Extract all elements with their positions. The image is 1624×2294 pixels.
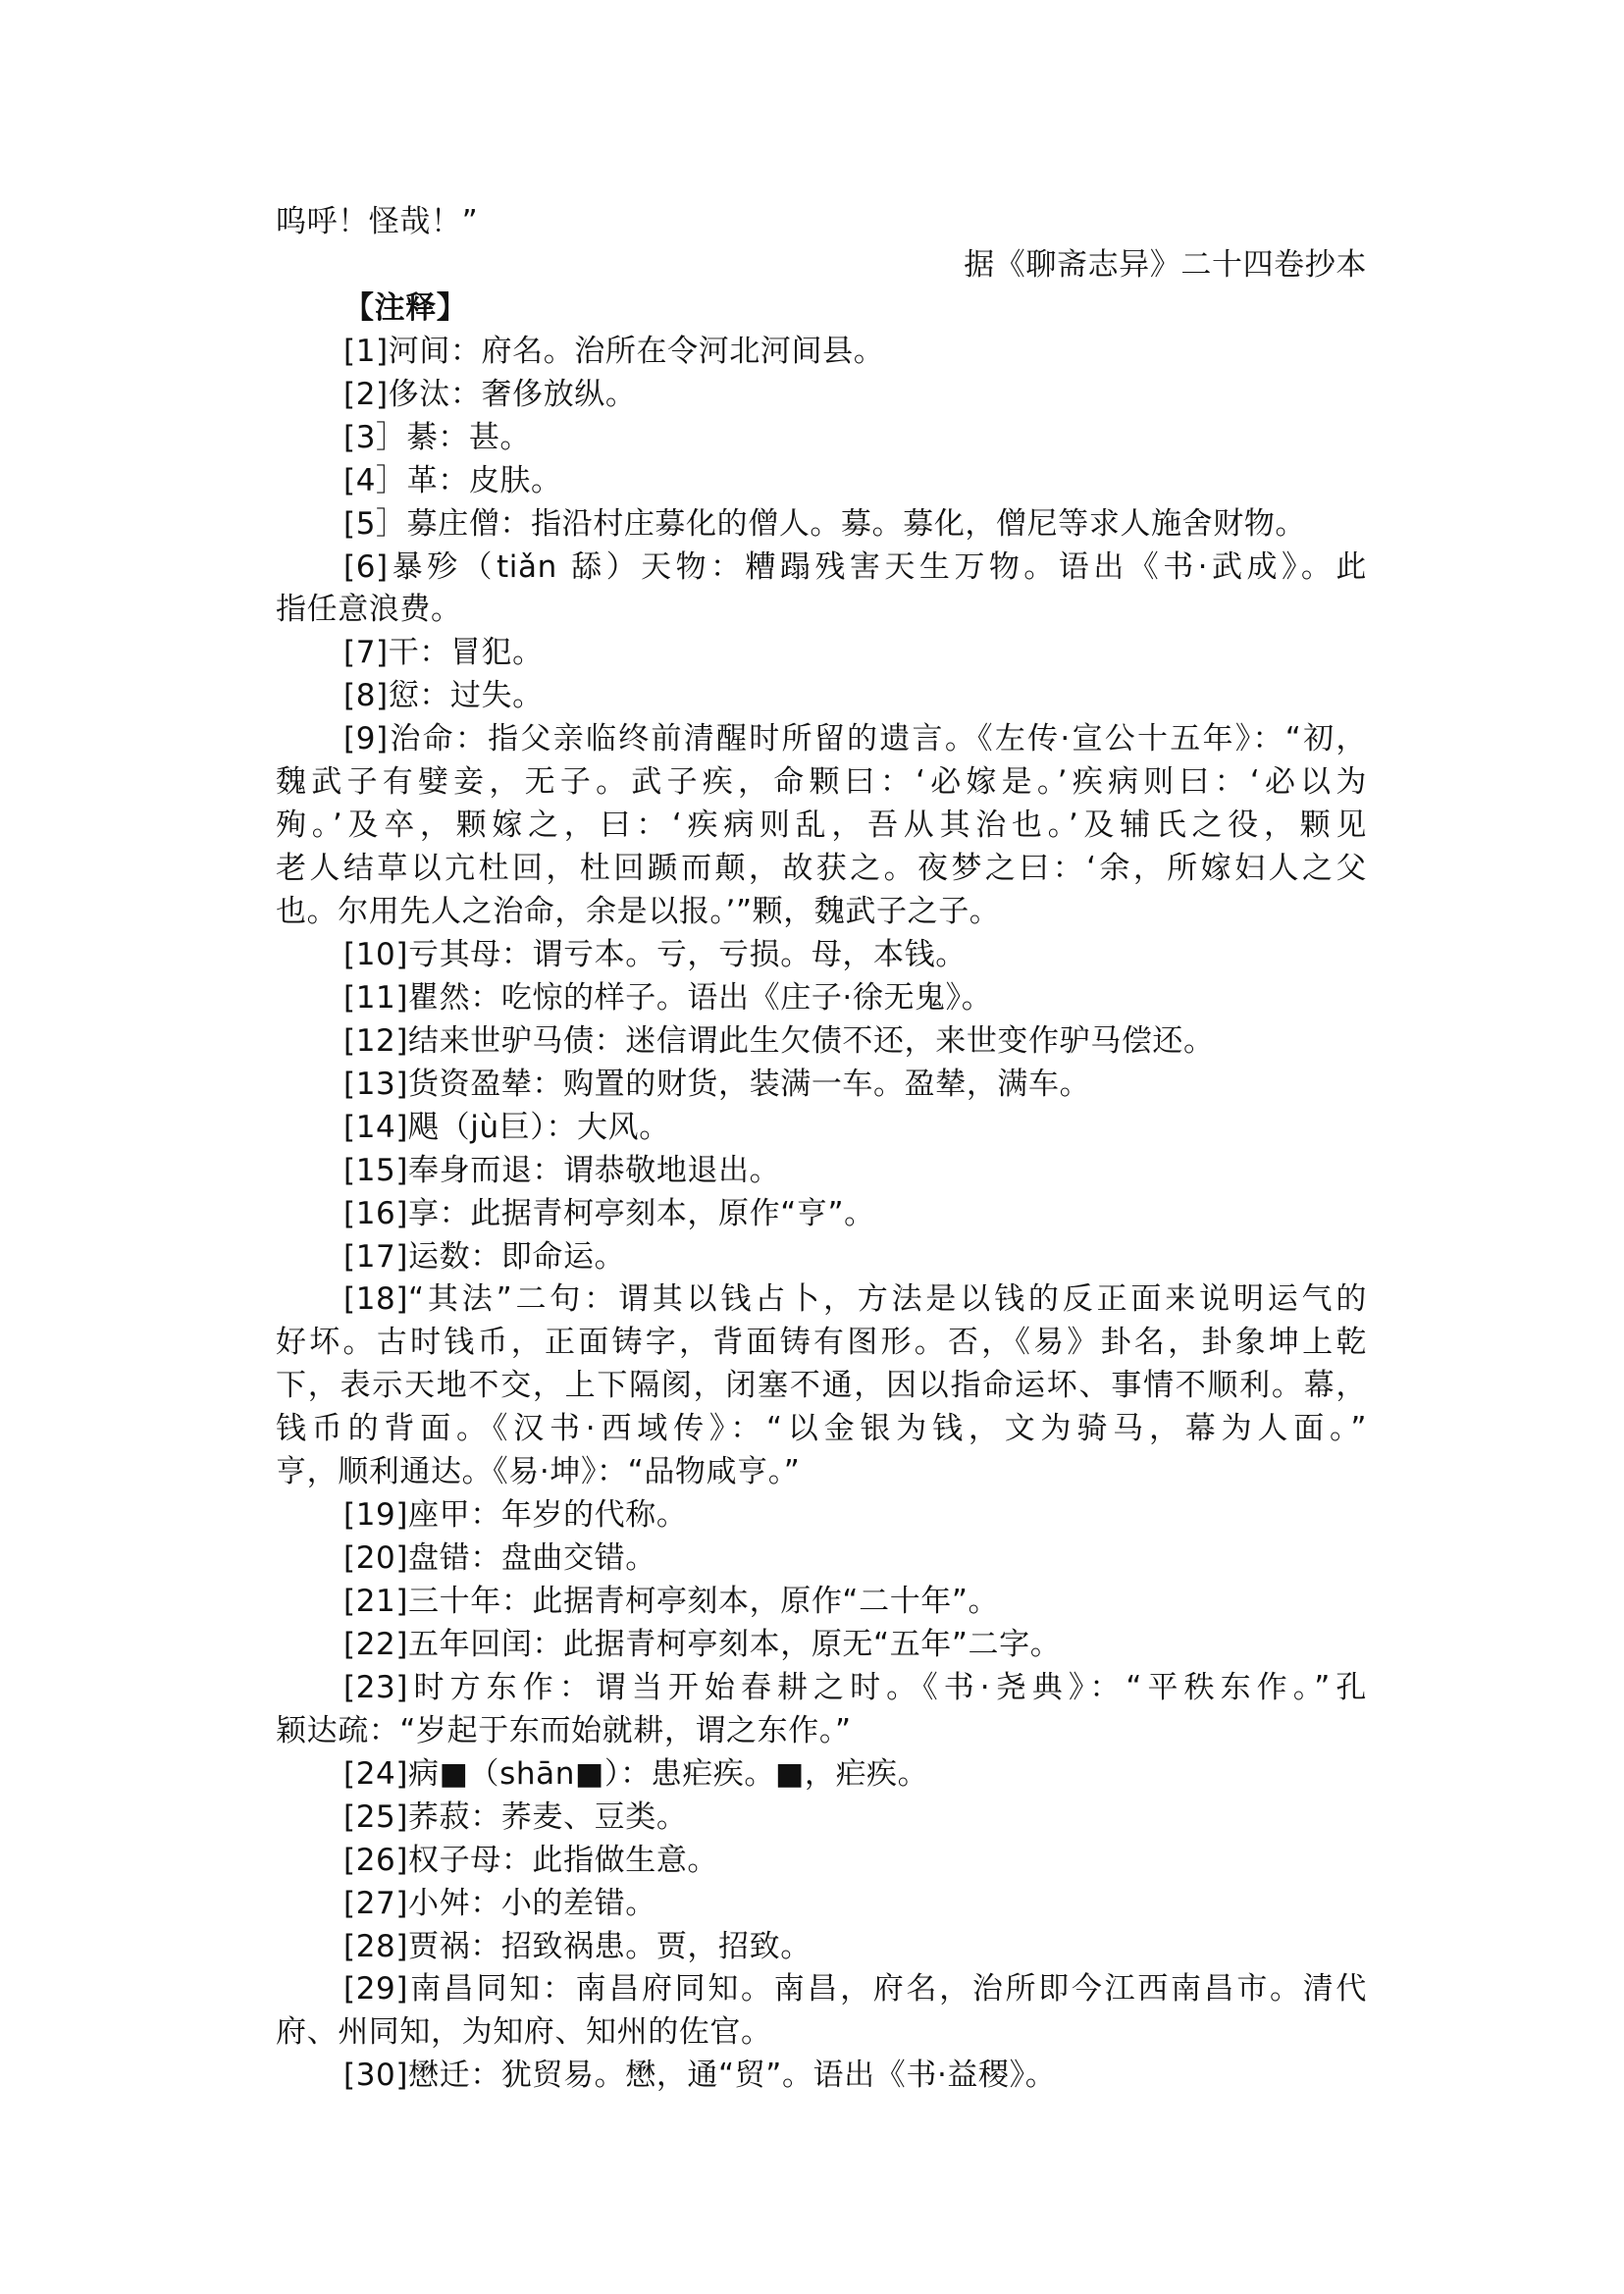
note-first-line: [10]亏其母：谓亏本。亏，亏损。母，本钱。 xyxy=(276,934,1367,977)
note-item: [15]奉身而退：谓恭敬地退出。 xyxy=(276,1150,1367,1193)
note-first-line: [12]结来世驴马债：迷信谓此生欠债不还，来世变作驴马偿还。 xyxy=(276,1020,1367,1064)
note-item: [16]享：此据青柯亭刻本，原作“亨”。 xyxy=(276,1193,1367,1236)
note-first-line: [9]治命：指父亲临终前清醒时所留的遗言。《左传·宣公十五年》：“初， xyxy=(276,718,1367,761)
note-item: [29]南昌同知：南昌府同知。南昌，府名，治所即今江西南昌市。清代府、州同知，为… xyxy=(276,1968,1367,2055)
note-item: [8]愆：过失。 xyxy=(276,675,1367,718)
document-page: 呜呼！怪哉！” 据《聊斋志异》二十四卷抄本 【注释】 [1]河间：府名。治所在令… xyxy=(276,201,1367,2098)
note-first-line: [26]权子母：此指做生意。 xyxy=(276,1840,1367,1883)
note-item: [14]飓（jù巨）：大风。 xyxy=(276,1107,1367,1150)
note-item: [28]贾祸：招致祸患。贾，招致。 xyxy=(276,1926,1367,1969)
note-first-line: [27]小舛：小的差错。 xyxy=(276,1883,1367,1926)
note-first-line: [19]座甲：年岁的代称。 xyxy=(276,1494,1367,1538)
note-first-line: [15]奉身而退：谓恭敬地退出。 xyxy=(276,1150,1367,1193)
note-item: [2]侈汰：奢侈放纵。 xyxy=(276,374,1367,417)
note-first-line: [28]贾祸：招致祸患。贾，招致。 xyxy=(276,1926,1367,1969)
note-first-line: [17]运数：即命运。 xyxy=(276,1236,1367,1279)
note-item: [3］綦：甚。 xyxy=(276,417,1367,460)
note-first-line: [14]飓（jù巨）：大风。 xyxy=(276,1107,1367,1150)
note-continuation-line: 颖达疏：“岁起于东而始就耕，谓之东作。” xyxy=(276,1710,1367,1753)
note-continuation-line: 府、州同知，为知府、知州的佐官。 xyxy=(276,2011,1367,2055)
note-first-line: [16]享：此据青柯亭刻本，原作“亨”。 xyxy=(276,1193,1367,1236)
note-item: [10]亏其母：谓亏本。亏，亏损。母，本钱。 xyxy=(276,934,1367,977)
note-first-line: [8]愆：过失。 xyxy=(276,675,1367,718)
note-first-line: [18]“其法”二句：谓其以钱占卜，方法是以钱的反正面来说明运气的 xyxy=(276,1278,1367,1322)
note-continuation-line: 老人结草以亢杜回，杜回踬而颠，故获之。夜梦之曰：‘余，所嫁妇人之父 xyxy=(276,848,1367,891)
note-item: [27]小舛：小的差错。 xyxy=(276,1883,1367,1926)
note-first-line: [23]时方东作：谓当开始春耕之时。《书·尧典》：“平秩东作。”孔 xyxy=(276,1667,1367,1710)
note-first-line: [5］募庄僧：指沿村庄募化的僧人。募。募化，僧尼等求人施舍财物。 xyxy=(276,503,1367,547)
note-item: [26]权子母：此指做生意。 xyxy=(276,1840,1367,1883)
note-continuation-line: 好坏。古时钱币，正面铸字，背面铸有图形。否，《易》卦名，卦象坤上乾 xyxy=(276,1322,1367,1365)
note-item: [12]结来世驴马债：迷信谓此生欠债不还，来世变作驴马偿还。 xyxy=(276,1020,1367,1064)
note-item: [9]治命：指父亲临终前清醒时所留的遗言。《左传·宣公十五年》：“初，魏武子有嬖… xyxy=(276,718,1367,934)
closing-line: 呜呼！怪哉！” xyxy=(276,201,1367,244)
note-first-line: [29]南昌同知：南昌府同知。南昌，府名，治所即今江西南昌市。清代 xyxy=(276,1968,1367,2011)
note-first-line: [1]河间：府名。治所在令河北河间县。 xyxy=(276,331,1367,374)
notes-list: [1]河间：府名。治所在令河北河间县。[2]侈汰：奢侈放纵。[3］綦：甚。[4］… xyxy=(276,331,1367,2098)
note-first-line: [13]货资盈辇：购置的财货，装满一车。盈辇，满车。 xyxy=(276,1064,1367,1107)
note-continuation-line: 殉。’及卒，颗嫁之，曰：‘疾病则乱，吾从其治也。’及辅氏之役，颗见 xyxy=(276,805,1367,848)
note-item: [7]干：冒犯。 xyxy=(276,632,1367,675)
note-continuation-line: 也。尔用先人之治命，余是以报。’”颗，魏武子之子。 xyxy=(276,891,1367,934)
note-item: [1]河间：府名。治所在令河北河间县。 xyxy=(276,331,1367,374)
note-item: [22]五年回闰：此据青柯亭刻本，原无“五年”二字。 xyxy=(276,1624,1367,1667)
notes-heading: 【注释】 xyxy=(276,287,1367,331)
note-first-line: [20]盘错：盘曲交错。 xyxy=(276,1538,1367,1581)
source-attribution: 据《聊斋志异》二十四卷抄本 xyxy=(276,244,1367,287)
note-item: [19]座甲：年岁的代称。 xyxy=(276,1494,1367,1538)
note-item: [4］革：皮肤。 xyxy=(276,460,1367,503)
note-item: [13]货资盈辇：购置的财货，装满一车。盈辇，满车。 xyxy=(276,1064,1367,1107)
note-item: [30]懋迁：犹贸易。懋，通“贸”。语出《书·益稷》。 xyxy=(276,2055,1367,2098)
note-continuation-line: 钱币的背面。《汉书·西域传》：“以金银为钱，文为骑马，幕为人面。” xyxy=(276,1408,1367,1451)
note-first-line: [30]懋迁：犹贸易。懋，通“贸”。语出《书·益稷》。 xyxy=(276,2055,1367,2098)
note-first-line: [21]三十年：此据青柯亭刻本，原作“二十年”。 xyxy=(276,1581,1367,1624)
note-first-line: [7]干：冒犯。 xyxy=(276,632,1367,675)
note-continuation-line: 指任意浪费。 xyxy=(276,589,1367,632)
note-continuation-line: 下，表示天地不交，上下隔阂，闭塞不通，因以指命运坏、事情不顺利。幕， xyxy=(276,1365,1367,1408)
note-item: [18]“其法”二句：谓其以钱占卜，方法是以钱的反正面来说明运气的好坏。古时钱币… xyxy=(276,1278,1367,1494)
note-item: [24]病■（shān■）：患疟疾。■，疟疾。 xyxy=(276,1753,1367,1797)
note-first-line: [25]荞菽：荞麦、豆类。 xyxy=(276,1797,1367,1840)
note-item: [11]瞿然：吃惊的样子。语出《庄子·徐无鬼》。 xyxy=(276,977,1367,1020)
note-item: [5］募庄僧：指沿村庄募化的僧人。募。募化，僧尼等求人施舍财物。 xyxy=(276,503,1367,547)
note-continuation-line: 魏武子有嬖妾，无子。武子疾，命颗曰：‘必嫁是。’疾病则曰：‘必以为 xyxy=(276,761,1367,805)
note-continuation-line: 亨，顺利通达。《易·坤》：“品物咸亨。” xyxy=(276,1451,1367,1494)
note-item: [21]三十年：此据青柯亭刻本，原作“二十年”。 xyxy=(276,1581,1367,1624)
note-first-line: [11]瞿然：吃惊的样子。语出《庄子·徐无鬼》。 xyxy=(276,977,1367,1020)
note-item: [23]时方东作：谓当开始春耕之时。《书·尧典》：“平秩东作。”孔颖达疏：“岁起… xyxy=(276,1667,1367,1753)
note-first-line: [6]暴殄（tiǎn 舔）天物：糟蹋残害天生万物。语出《书·武成》。此 xyxy=(276,547,1367,590)
note-first-line: [3］綦：甚。 xyxy=(276,417,1367,460)
note-item: [20]盘错：盘曲交错。 xyxy=(276,1538,1367,1581)
note-first-line: [4］革：皮肤。 xyxy=(276,460,1367,503)
note-first-line: [24]病■（shān■）：患疟疾。■，疟疾。 xyxy=(276,1753,1367,1797)
note-item: [25]荞菽：荞麦、豆类。 xyxy=(276,1797,1367,1840)
note-item: [6]暴殄（tiǎn 舔）天物：糟蹋残害天生万物。语出《书·武成》。此指任意浪费… xyxy=(276,547,1367,633)
note-item: [17]运数：即命运。 xyxy=(276,1236,1367,1279)
note-first-line: [22]五年回闰：此据青柯亭刻本，原无“五年”二字。 xyxy=(276,1624,1367,1667)
note-first-line: [2]侈汰：奢侈放纵。 xyxy=(276,374,1367,417)
